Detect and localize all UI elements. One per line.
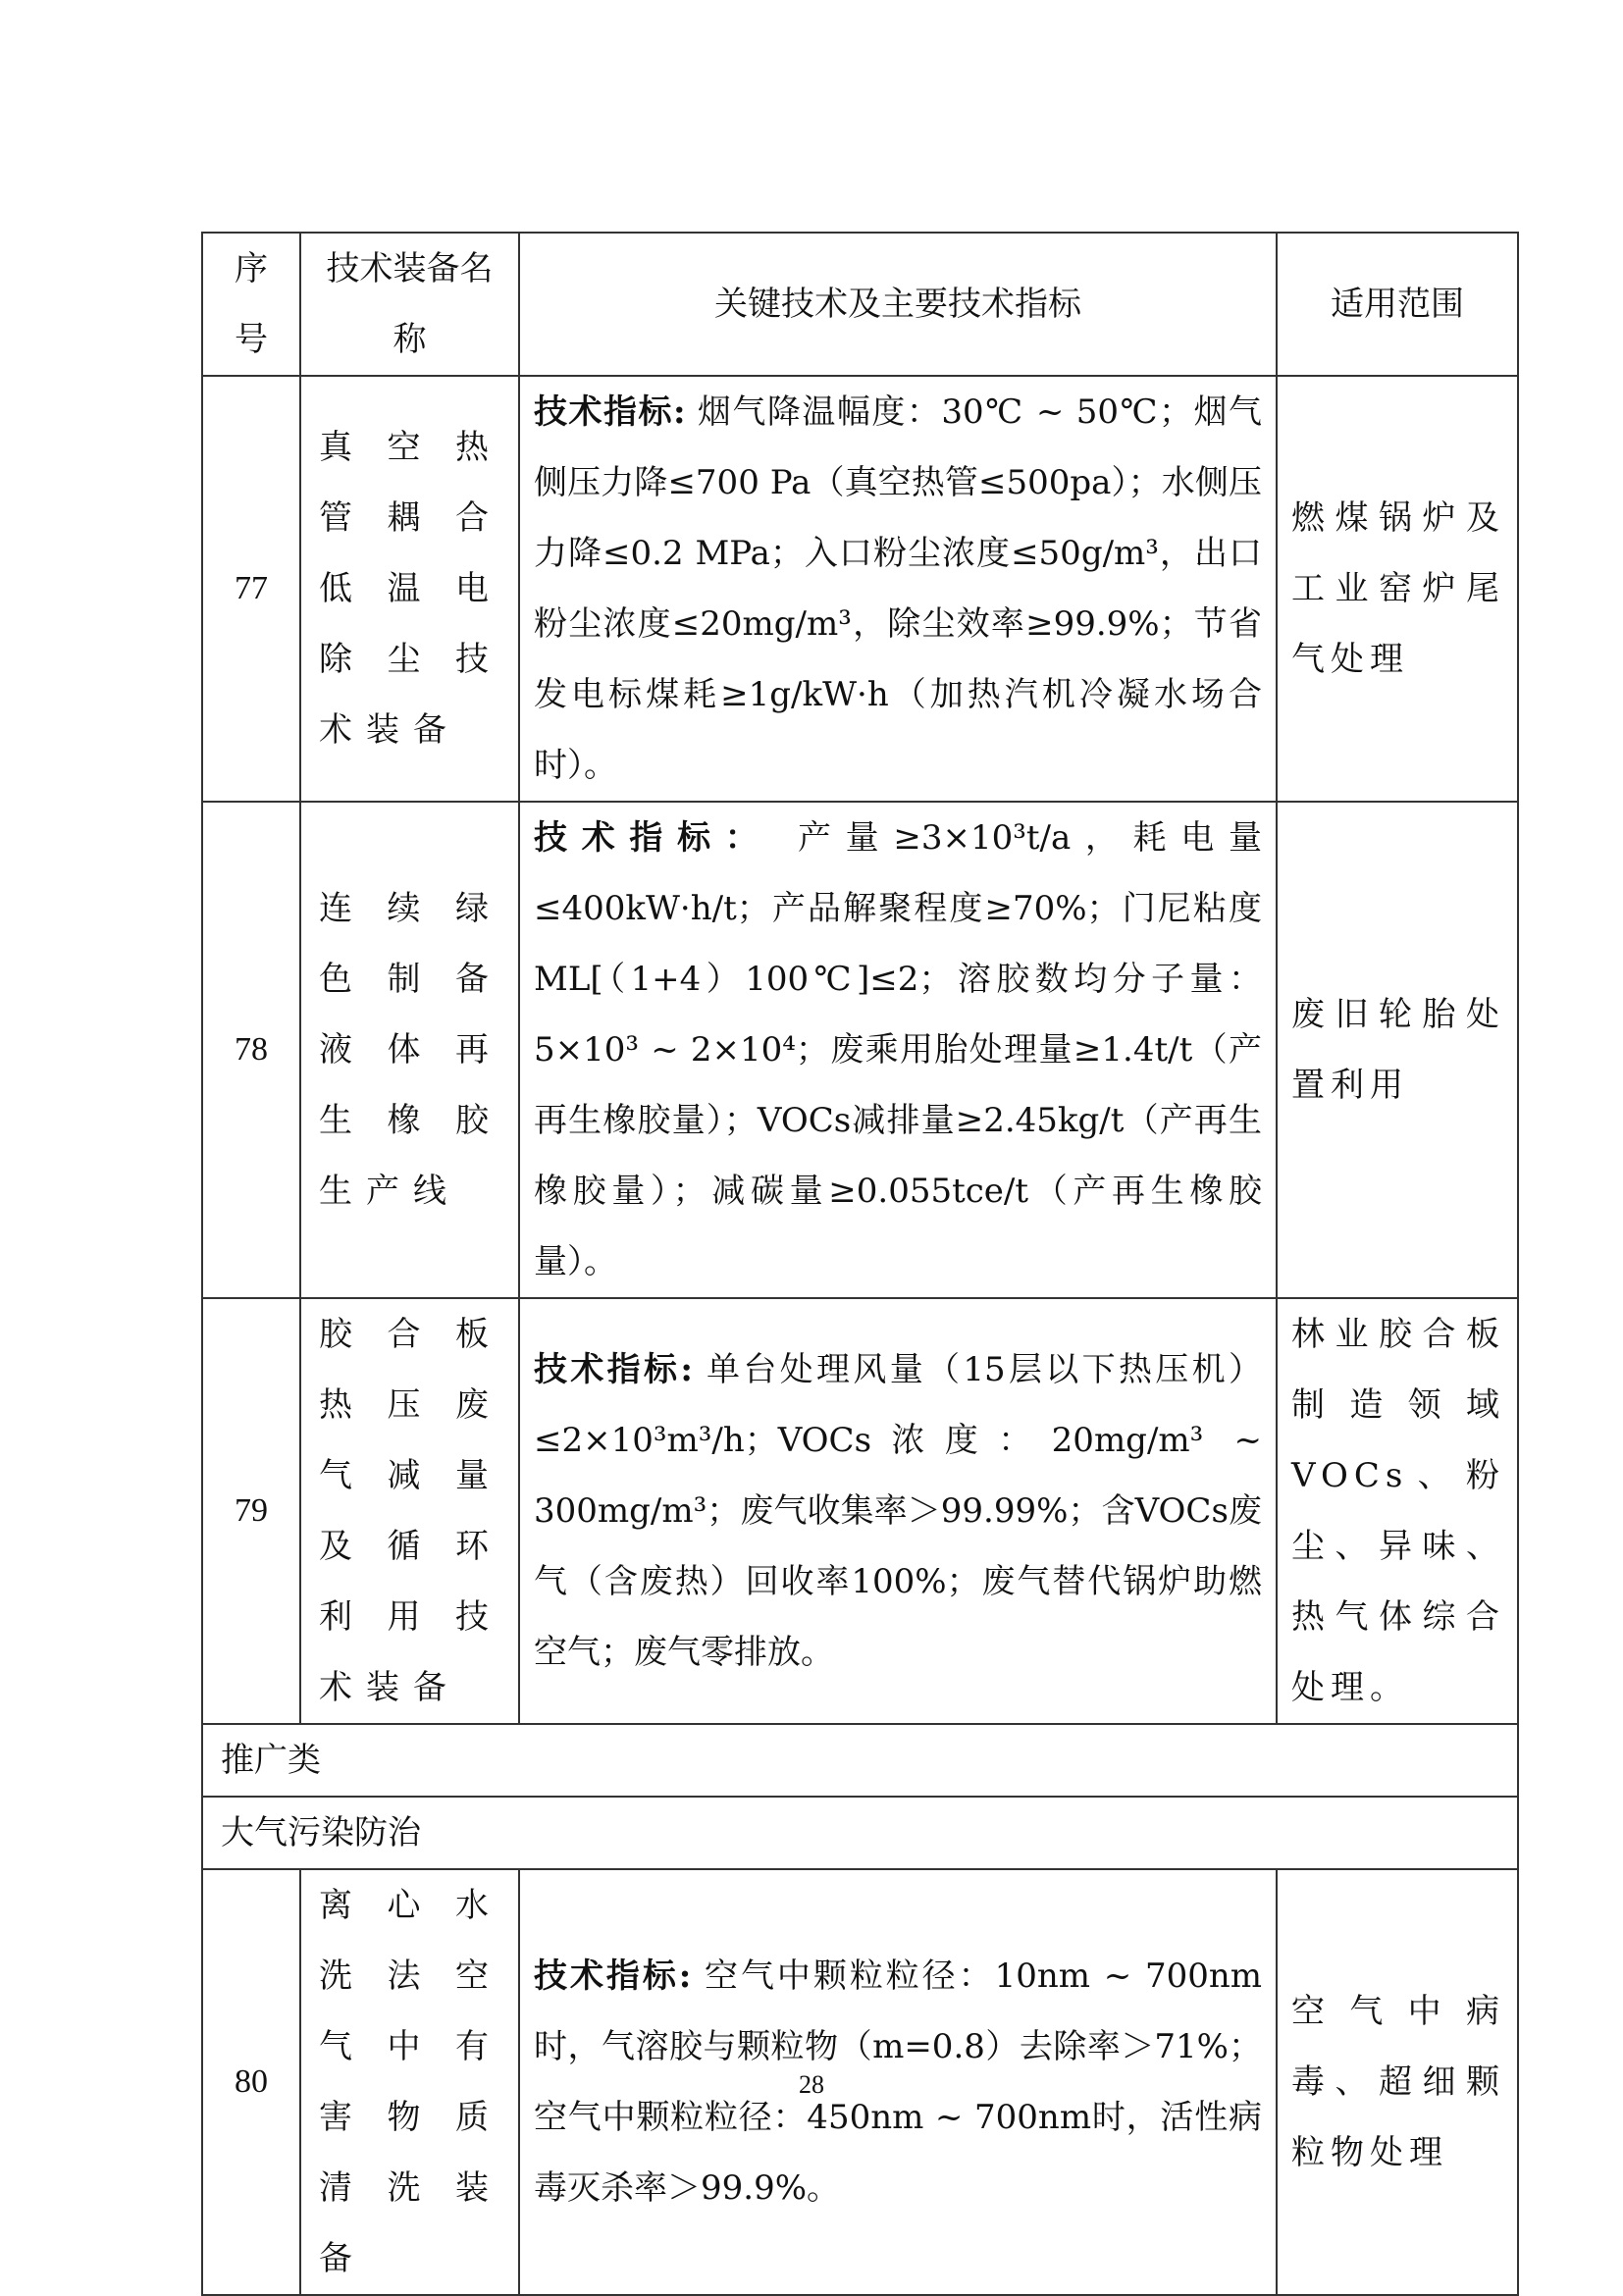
row-equipment-name: 连续绿色制备液体再生橡胶生产线 <box>300 802 519 1298</box>
spec-text: 单台处理风量（15层以下热压机）≤2×10³m³/h；VOCs浓度：20mg/m… <box>534 1350 1262 1672</box>
table-header-row: 序号 技术装备名称 关键技术及主要技术指标 适用范围 <box>202 233 1518 376</box>
section-row-subcategory: 大气污染防治 <box>202 1797 1518 1869</box>
table-row: 78 连续绿色制备液体再生橡胶生产线 技术指标： 产量≥3×10³t/a，耗电量… <box>202 802 1518 1298</box>
spec-label: 技术指标: <box>534 392 686 432</box>
spec-label: 技术指标: <box>534 1350 693 1389</box>
row-seq: 77 <box>202 376 300 802</box>
row-equipment-name: 真空热管耦合低温电除尘技术装备 <box>300 376 519 802</box>
table-row: 79 胶合板热压废气减量及循环利用技术装备 技术指标: 单台处理风量（15层以下… <box>202 1298 1518 1724</box>
row-specs: 技术指标: 单台处理风量（15层以下热压机）≤2×10³m³/h；VOCs浓度：… <box>519 1298 1277 1724</box>
section-category: 推广类 <box>202 1724 1518 1797</box>
table-row: 77 真空热管耦合低温电除尘技术装备 技术指标: 烟气降温幅度：30℃ ~ 50… <box>202 376 1518 802</box>
section-subcategory: 大气污染防治 <box>202 1797 1518 1869</box>
row-specs: 技术指标： 产量≥3×10³t/a，耗电量≤400kW·h/t；产品解聚程度≥7… <box>519 802 1277 1298</box>
header-scope: 适用范围 <box>1277 233 1518 376</box>
row-seq: 78 <box>202 802 300 1298</box>
row-scope: 废旧轮胎处置利用 <box>1277 802 1518 1298</box>
row-seq: 79 <box>202 1298 300 1724</box>
header-seq: 序号 <box>202 233 300 376</box>
document-page: 序号 技术装备名称 关键技术及主要技术指标 适用范围 77 真空热管耦合低温电除… <box>0 0 1623 2295</box>
page-number: 28 <box>0 2070 1623 2100</box>
spec-label: 技术指标： <box>534 818 772 858</box>
section-row-category: 推广类 <box>202 1724 1518 1797</box>
technology-equipment-table: 序号 技术装备名称 关键技术及主要技术指标 适用范围 77 真空热管耦合低温电除… <box>201 232 1519 2296</box>
row-scope: 林业胶合板制造领域VOCs、粉尘、异味、热气体综合处理。 <box>1277 1298 1518 1724</box>
header-specs: 关键技术及主要技术指标 <box>519 233 1277 376</box>
row-scope: 燃煤锅炉及工业窑炉尾气处理 <box>1277 376 1518 802</box>
spec-text: 烟气降温幅度：30℃ ~ 50℃；烟气侧压力降≤700 Pa（真空热管≤500p… <box>534 392 1262 785</box>
row-specs: 技术指标: 烟气降温幅度：30℃ ~ 50℃；烟气侧压力降≤700 Pa（真空热… <box>519 376 1277 802</box>
header-name: 技术装备名称 <box>300 233 519 376</box>
spec-label: 技术指标: <box>534 1957 691 1996</box>
spec-text: 产量≥3×10³t/a，耗电量≤400kW·h/t；产品解聚程度≥70%；门尼粘… <box>534 818 1262 1281</box>
row-equipment-name: 胶合板热压废气减量及循环利用技术装备 <box>300 1298 519 1724</box>
